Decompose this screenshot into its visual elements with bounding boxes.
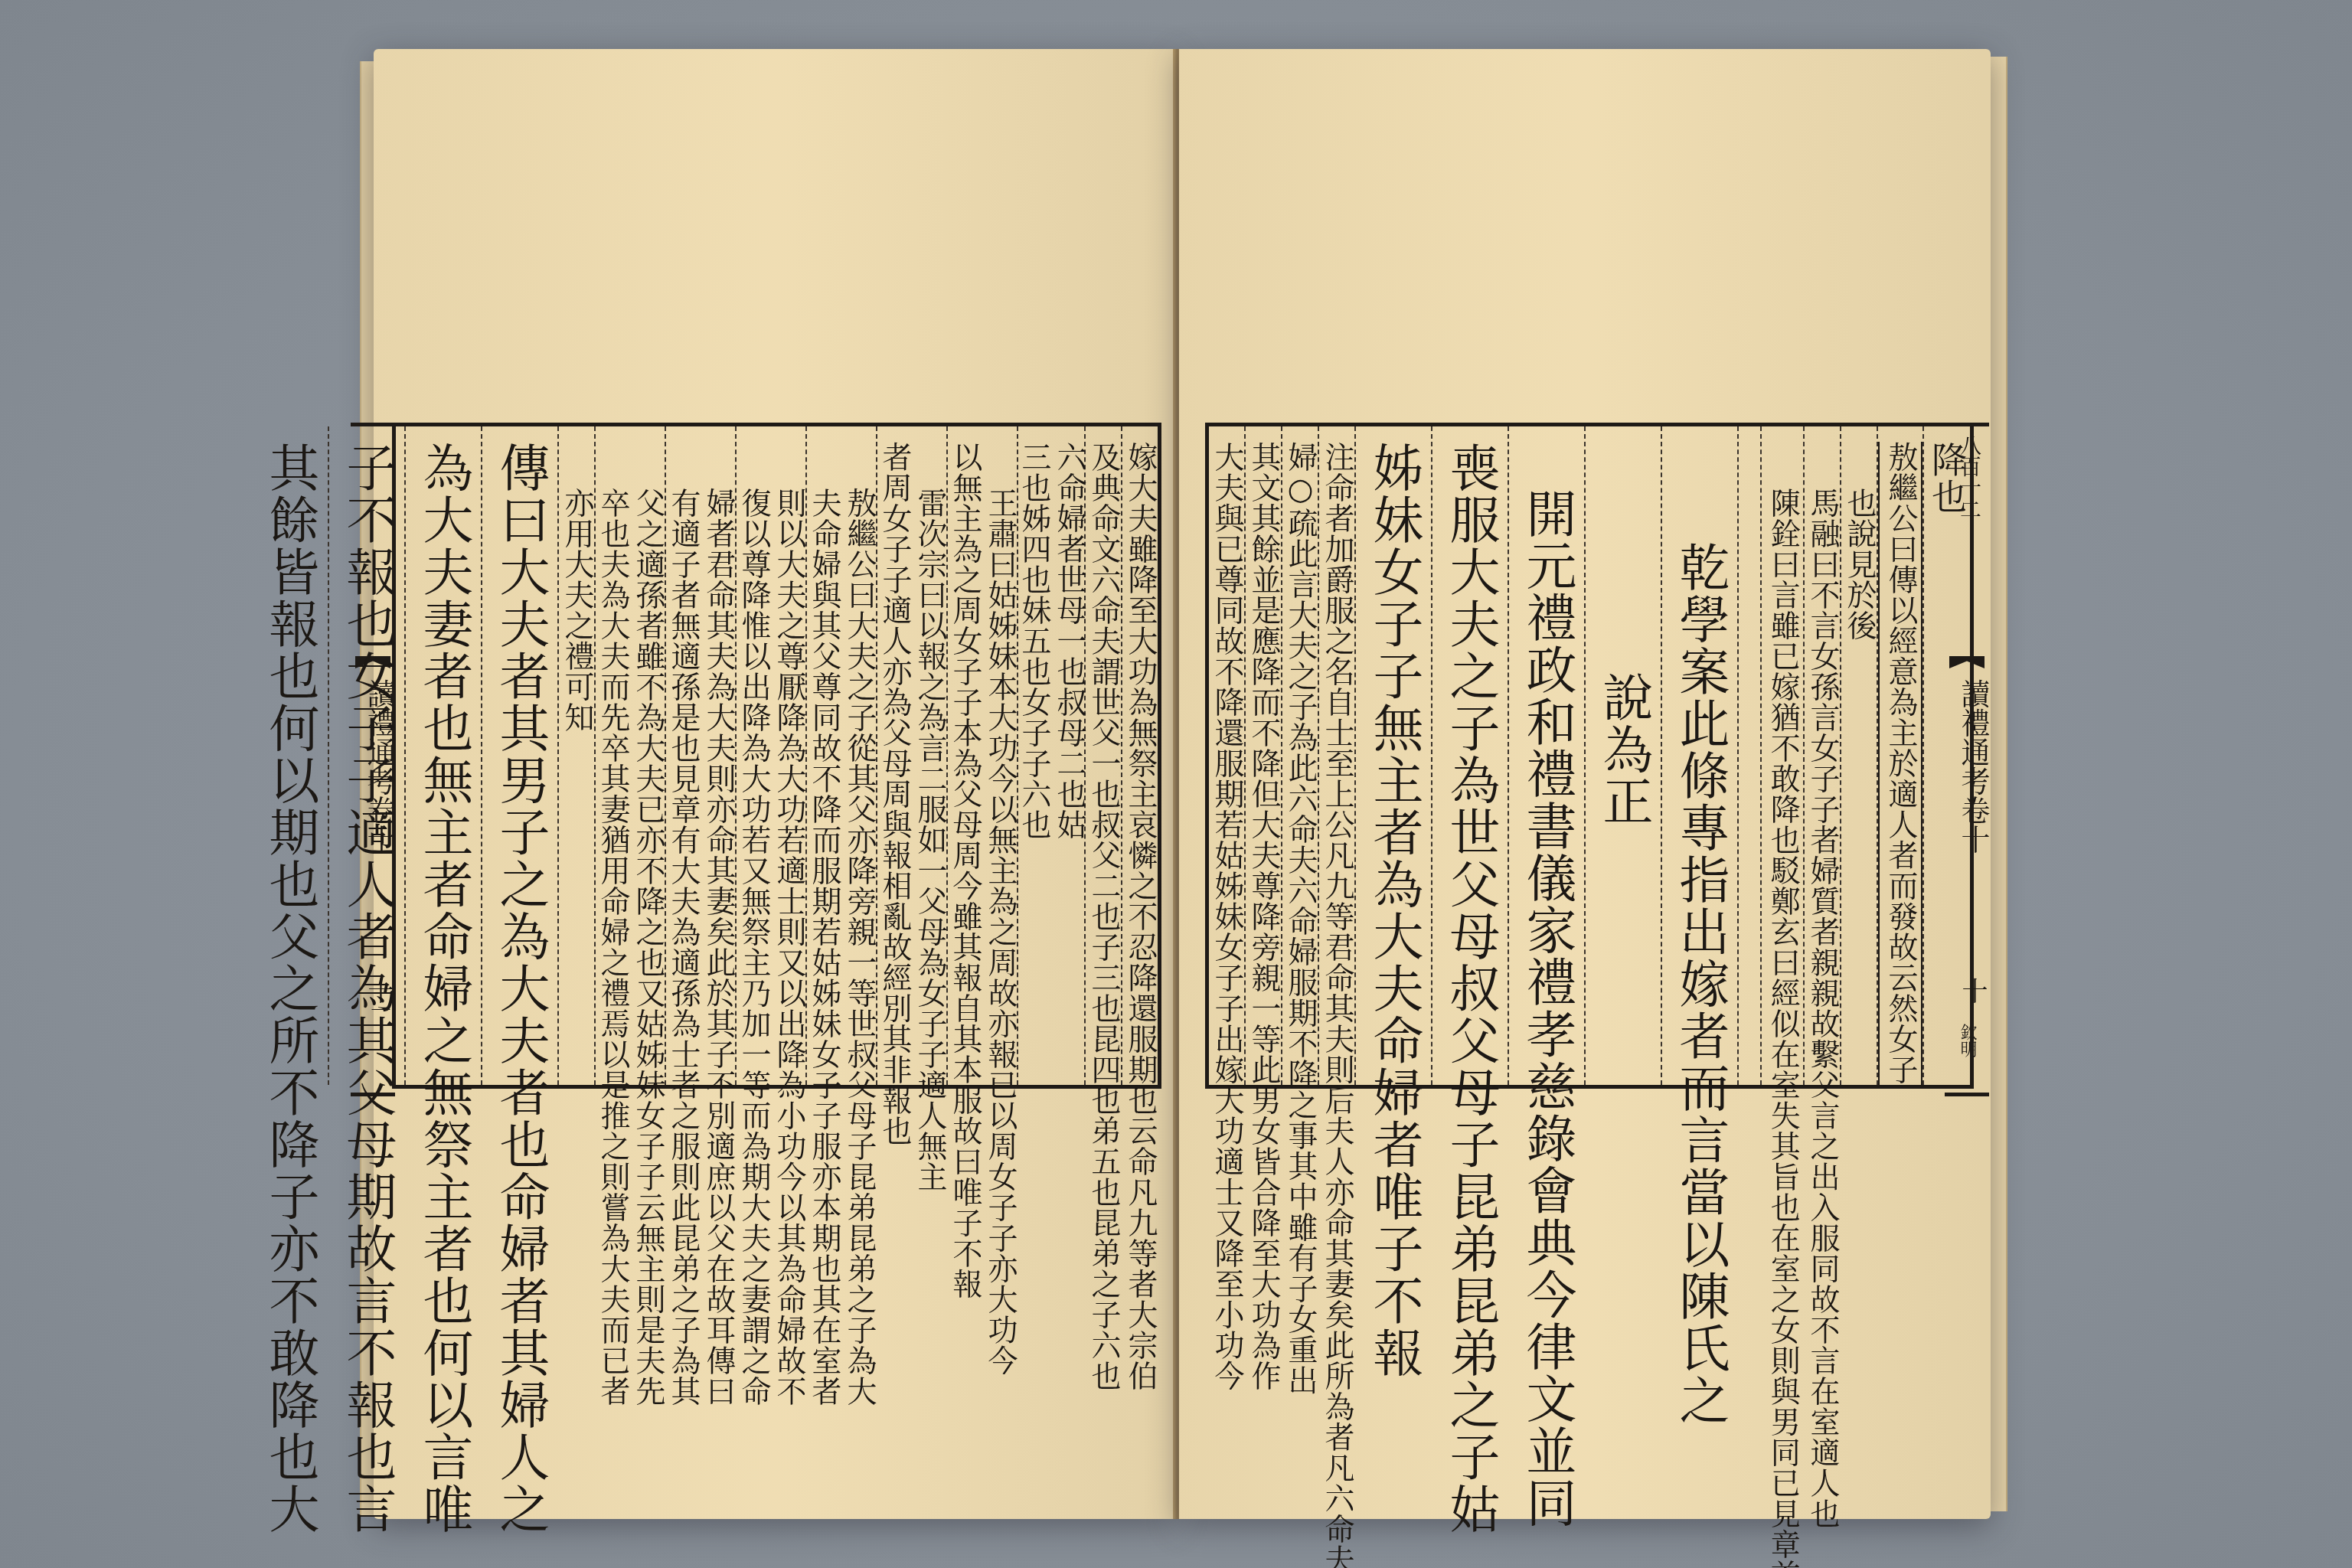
text-column: 大夫與已尊同故不降還服期若姑姊妹女子子出嫁大功適士又降至小功今 — [1209, 426, 1244, 1085]
text-column: 六命婦者世母一也叔母二也姑 三也姊四也妹五也女子子六也 — [1017, 426, 1084, 1085]
text-column-main: 子不報也女子子適人者為其父母期故言不報也言 — [328, 426, 404, 1085]
text-column-main: 說為正 — [1584, 426, 1661, 1085]
text-column: 注命者加爵服之名自士至上公凡九等君命其夫則后夫人亦命其妻矣此所為者凡六命夫六命 — [1318, 426, 1354, 1085]
text-column: 嫁大夫雖降至大功為無祭主哀憐之不忍降還服期也云命凡九等者大宗伯 — [1121, 426, 1158, 1085]
text-column: 馬融曰不言女孫言女子子者婦質者親親故繫父言之出入服同故不言在室適人也 — [1803, 426, 1840, 1085]
text-column-main: 傳曰大夫者其男子之為大夫者也命婦者其婦人之 — [481, 426, 557, 1085]
text-column: 王肅曰姑姊妹本大功今以無主為之周故亦報已以周女子子亦大功今 以無主為之周女子子本… — [946, 426, 1017, 1085]
text-column: 婦者君命其夫為大夫則亦命其妻矣此於其子不別適庶以父在故耳傳曰 有適子者無適孫是也… — [665, 426, 735, 1085]
text-column-main: 開元禮政和禮書儀家禮孝慈錄會典今律文並同 — [1508, 426, 1584, 1085]
text-column: 陳銓曰言雖已嫁猶不敢降也駁鄭玄曰經似在室失其旨也在室之女則與男同已見章首何為重出… — [1760, 426, 1803, 1085]
text-column-main: 乾學案此條專指出嫁者而言當以陳氏之 — [1661, 426, 1737, 1085]
right-page: 八百十二 讀禮通考卷十 十 欽明 降也 敖繼公曰傳以經意為主於適人者而發故云然女… — [1179, 49, 1991, 1519]
text-column: 亦用大夫之禮可知 — [557, 426, 594, 1085]
text-column: 敖繼公曰大夫之子從其父亦降旁親一等世叔父母子昆弟昆弟之子為大 夫命婦與其父尊同故… — [805, 426, 876, 1085]
blank-column — [1737, 426, 1760, 1085]
text-column: 及典命文六命夫謂世父一也叔父二也子三也昆四也弟五也昆弟之子六也 — [1084, 426, 1121, 1085]
text-column: 則以大夫之尊厭降為大功若適士則又以出降為小功今以其為命婦故不 復以尊降惟以出降為… — [735, 426, 805, 1085]
text-column-main: 降也 — [1922, 426, 1970, 1085]
left-text-frame: 嫁大夫雖降至大功為無祭主哀憐之不忍降還服期也云命凡九等者大宗伯 及典命文六命夫謂… — [392, 423, 1161, 1089]
text-column-main: 姊妹女子子無主者為大夫命婦者唯子不報 — [1354, 426, 1431, 1085]
text-column: 父之適孫者雖不為大夫已亦不降之也又姑姊妹女子子云無主則是夫先 卒也夫為大夫而先卒… — [594, 426, 665, 1085]
left-page: 讀禮通考卷十 十二 嫁大夫雖降至大功為無祭主哀憐之不忍降還服期也云命凡九等者大宗… — [374, 49, 1175, 1519]
text-column: 其文其餘並是應降而不降但大夫尊降旁親一等此男女皆合降至大功為作 — [1244, 426, 1281, 1085]
text-column-main: 喪服大夫之子為世父母叔父母子昆弟昆弟之子姑 — [1431, 426, 1508, 1085]
text-column: 也說見於後 — [1840, 426, 1877, 1085]
text-column: 雷次宗曰以報之為言二服如一父母為女子子適人無主 者周女子子適人亦為父母周與報相亂… — [876, 426, 946, 1085]
right-text-frame: 降也 敖繼公曰傳以經意為主於適人者而發故云然女子子適人不降其祖者不敢以九弟之服服… — [1205, 423, 1974, 1089]
text-column: 敖繼公曰傳以經意為主於適人者而發故云然女子子適人不降其祖者不敢以九弟之服服至尊也… — [1877, 426, 1922, 1085]
text-column-main: 為大夫妻者也無主者命婦之無祭主者也何以言唯 — [404, 426, 481, 1085]
text-column-main: 其餘皆報也何以期也父之所不降子亦不敢降也大 — [251, 426, 328, 1085]
text-column: 婦○疏此言大夫之子為此六命夫六命婦服期不降之事其中雖有子女重出 — [1281, 426, 1318, 1085]
